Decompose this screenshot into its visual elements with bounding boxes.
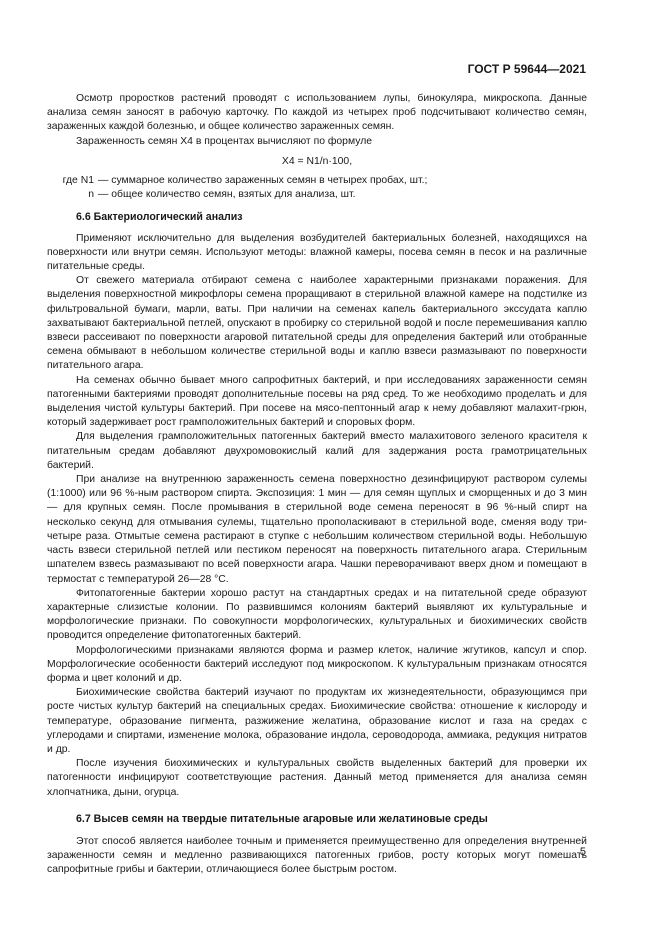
document-body: Осмотр проростков растений проводят с ис…	[47, 92, 587, 878]
paragraph: Осмотр проростков растений проводят с ис…	[47, 92, 587, 135]
formula: Х4 = N1/n·100,	[47, 155, 587, 169]
paragraph: После изучения биохимических и культурал…	[47, 757, 587, 800]
legend-text: — общее количество семян, взятых для ана…	[98, 188, 587, 202]
legend-text: — суммарное количество зараженных семян …	[98, 174, 587, 188]
paragraph: Биохимические свойства бактерий изучают …	[47, 686, 587, 757]
paragraph: Зараженность семян Х4 в процентах вычисл…	[47, 135, 587, 149]
document-number-header: ГОСТ Р 59644—2021	[468, 62, 586, 76]
section-heading-6-6: 6.6 Бактериологический анализ	[76, 210, 587, 224]
paragraph: От свежего материала отбирают семена с н…	[47, 274, 587, 373]
legend-row: где N1 — суммарное количество зараженных…	[47, 174, 587, 188]
paragraph: Этот способ является наиболее точным и п…	[47, 835, 587, 878]
paragraph: При анализе на внутреннюю зараженность с…	[47, 473, 587, 587]
document-page: ГОСТ Р 59644—2021 Осмотр проростков раст…	[0, 0, 661, 935]
formula-legend: где N1 — суммарное количество зараженных…	[47, 174, 587, 202]
paragraph: Применяют исключительно для выделения во…	[47, 232, 587, 275]
section-heading-6-7: 6.7 Высев семян на твердые питательные а…	[76, 812, 587, 826]
paragraph: Морфологическими признаками являются фор…	[47, 644, 587, 687]
legend-label: где N1	[47, 174, 98, 188]
paragraph: Фитопатогенные бактерии хорошо растут на…	[47, 587, 587, 644]
paragraph: Для выделения грамположительных патогенн…	[47, 430, 587, 473]
legend-label: n	[47, 188, 98, 202]
page-number: 5	[580, 846, 586, 858]
paragraph: На семенах обычно бывает много сапрофитн…	[47, 374, 587, 431]
legend-row: n — общее количество семян, взятых для а…	[47, 188, 587, 202]
